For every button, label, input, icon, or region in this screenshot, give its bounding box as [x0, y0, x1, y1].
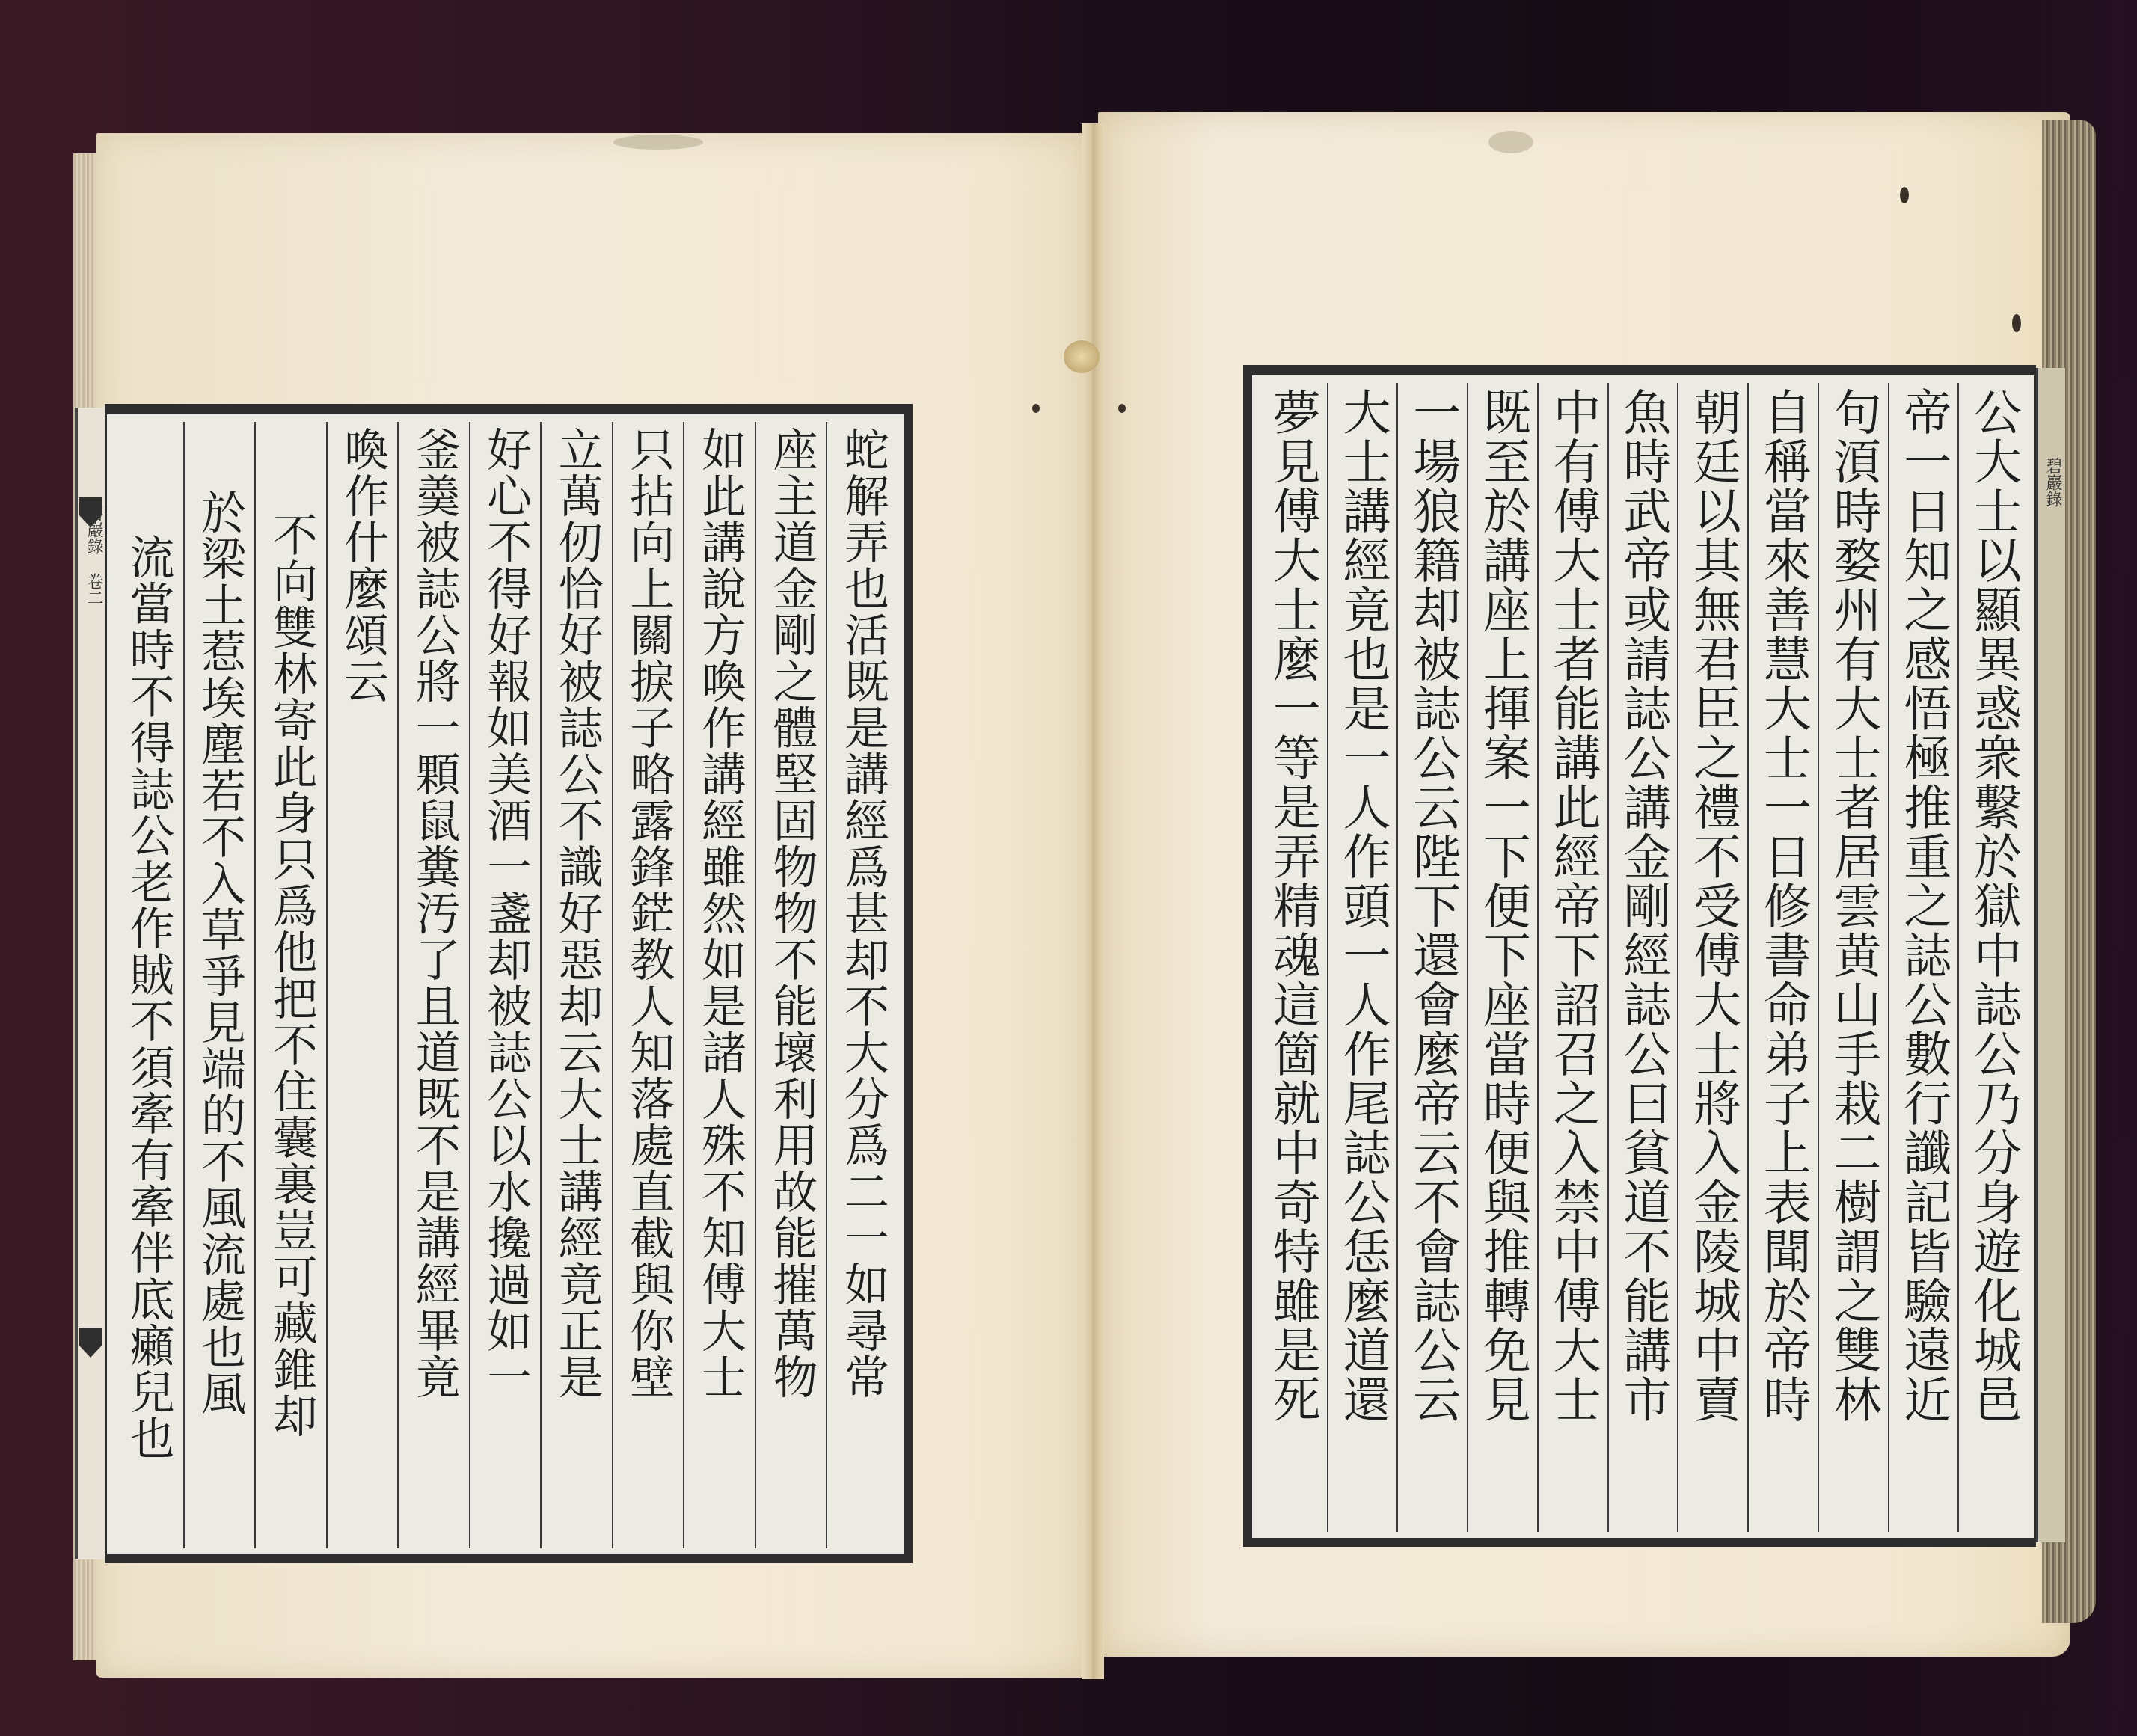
text-column: 立萬仞恰好被誌公不識好惡却云大士講經竟正是 [540, 422, 612, 1548]
verse-column: 不向雙林寄此身只爲他把不住囊裏豈可藏錐却 [254, 422, 326, 1548]
text-column: 夢見傅大士麼一等是弄精魂這箇就中奇特雖是死 [1258, 383, 1327, 1532]
text-column: 好心不得好報如美酒一盞却被誌公以水攙過如一 [469, 422, 541, 1548]
left-text-columns: 蛇解弄也活既是講經爲甚却不大分爲二一如尋常 座主道金剛之體堅固物物不能壞利用故能… [113, 422, 898, 1548]
right-fold-column: 碧巖錄 [2036, 368, 2065, 1542]
paper-tear [613, 135, 703, 150]
verse-column: 於梁土惹埃塵若不入草爭見端的不風流處也風 [183, 422, 255, 1548]
right-text-frame: 公大士以顯異惑衆繫於獄中誌公乃分身遊化城邑 帝一日知之感悟極推重之誌公數行讖記皆… [1243, 365, 2036, 1547]
text-column: 只拈向上關捩子略露鋒鋩教人知落處直截與你壁 [612, 422, 684, 1548]
wormhole-mark [1032, 404, 1040, 413]
text-column: 喚作什麼頌云 [326, 422, 398, 1548]
text-column: 座主道金剛之體堅固物物不能壞利用故能摧萬物 [755, 422, 827, 1548]
text-column: 既至於講座上揮案一下便下座當時便與推轉免見 [1467, 383, 1537, 1532]
wormhole-mark [1118, 404, 1126, 413]
text-column: 魚時武帝或請誌公講金剛經誌公曰貧道不能講市 [1607, 383, 1678, 1532]
text-column: 大士講經竟也是一人作頭一人作尾誌公恁麼道還 [1327, 383, 1397, 1532]
right-text-columns: 公大士以顯異惑衆繫於獄中誌公乃分身遊化城邑 帝一日知之感悟極推重之誌公數行讖記皆… [1258, 383, 2028, 1532]
fishtail-mark-icon [79, 1328, 102, 1358]
paper-tear [1488, 131, 1533, 153]
wormhole-mark [1900, 187, 1909, 203]
text-column: 朝廷以其無君臣之禮不受傅大士將入金陵城中賣 [1677, 383, 1747, 1532]
wormhole-mark [2012, 314, 2021, 332]
text-column: 句湏時婺州有大士者居雲黄山手栽二樹謂之雙林 [1818, 383, 1888, 1532]
right-fold-label: 碧巖錄 [2041, 458, 2064, 507]
left-text-frame: 蛇解弄也活既是講經爲甚却不大分爲二一如尋常 座主道金剛之體堅固物物不能壞利用故能… [105, 404, 913, 1563]
text-column: 一場狼籍却被誌公云陛下還會麼帝云不會誌公云 [1396, 383, 1467, 1532]
text-column: 釜羮被誌公將一顆鼠糞汚了且道既不是講經畢竟 [397, 422, 469, 1548]
text-column: 公大士以顯異惑衆繫於獄中誌公乃分身遊化城邑 [1957, 383, 2028, 1532]
verse-column: 流當時不得誌公老作賊不須牽有牽伴底癩兒也 [113, 422, 183, 1548]
text-column: 中有傅大士者能講此經帝下詔召之入禁中傅大士 [1537, 383, 1607, 1532]
text-column: 帝一日知之感悟極推重之誌公數行讖記皆驗遠近 [1888, 383, 1958, 1532]
text-column: 蛇解弄也活既是講經爲甚却不大分爲二一如尋常 [826, 422, 898, 1548]
text-column: 如此講說方喚作講經雖然如是諸人殊不知傅大士 [683, 422, 755, 1548]
text-column: 自稱當來善慧大士一日修書命弟子上表聞於帝時 [1747, 383, 1818, 1532]
binding-thread-knot [1064, 340, 1100, 373]
left-fold-label: 碧巖錄 卷二 [82, 505, 105, 606]
